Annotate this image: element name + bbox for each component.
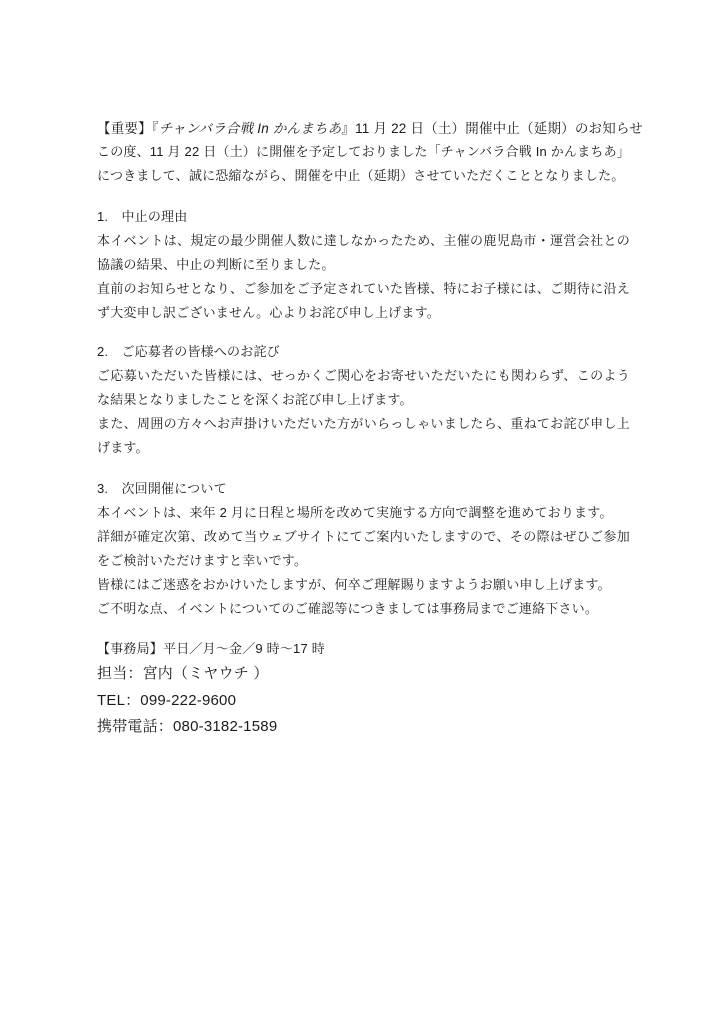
title-event-name: チャンバラ合戦 In かんまちあ — [159, 121, 342, 136]
intro-paragraph: この度、11 月 22 日（土）に開催を予定しておりました「チャンバラ合戦 In… — [97, 140, 630, 188]
document-title: 【重要】『チャンバラ合戦 In かんまちあ』11 月 22 日（土）開催中止（延… — [97, 118, 630, 140]
section-heading: 1. 中止の理由 — [97, 205, 630, 229]
section-paragraph: また、周囲の方々へお声掛けいただいた方がいらっしゃいましたら、重ねてお詫び申し上… — [97, 412, 630, 460]
section-apology-to-applicants: 2. ご応募者の皆様へのお詫び ご応募いただいた皆様には、せっかくご関心をお寄せ… — [97, 340, 630, 460]
section-paragraph: ご応募いただいた皆様には、せっかくご関心をお寄せいただいたにも関わらず、このよう… — [97, 364, 630, 412]
section-heading: 3. 次回開催について — [97, 477, 630, 501]
section-heading: 2. ご応募者の皆様へのお詫び — [97, 340, 630, 364]
section-paragraph: 直前のお知らせとなり、ご参加をご予定されていた皆様、特にお子様には、ご期待に沿え… — [97, 277, 630, 325]
section-paragraph: 本イベントは、来年 2 月に日程と場所を改めて実施する方向で調整を進めております… — [97, 501, 630, 525]
document-content: 【重要】『チャンバラ合戦 In かんまちあ』11 月 22 日（土）開催中止（延… — [97, 118, 630, 741]
closing-contact-paragraph: ご不明な点、イベントについてのご確認等につきましては事務局までご連絡下さい。 — [97, 597, 630, 621]
office-contact-block: 【事務局】平日／月～金／9 時～17 時 担当：宮内（ミヤウチ ） TEL：09… — [97, 637, 630, 741]
section-paragraph: 本イベントは、規定の最少開催人数に達しなかったため、主催の鹿児島市・運営会社との… — [97, 229, 630, 277]
closing-apology-paragraph: 皆様にはご迷惑をおかけいたしますが、何卒ご理解賜りますようお願い申し上げます。 — [97, 573, 630, 597]
title-prefix: 【重要】『 — [97, 121, 159, 136]
document-page: 【重要】『チャンバラ合戦 In かんまちあ』11 月 22 日（土）開催中止（延… — [0, 0, 724, 1024]
title-suffix: 』11 月 22 日（土）開催中止（延期）のお知らせ — [341, 121, 643, 136]
office-hours: 【事務局】平日／月～金／9 時～17 時 — [97, 637, 630, 661]
section-paragraph: 詳細が確定次第、改めて当ウェブサイトにてご案内いたしますので、その際はぜひご参加… — [97, 525, 630, 573]
office-tel: TEL：099-222-9600 — [97, 688, 630, 715]
office-contact-person: 担当：宮内（ミヤウチ ） — [97, 661, 630, 688]
section-cancel-reason: 1. 中止の理由 本イベントは、規定の最少開催人数に達しなかったため、主催の鹿児… — [97, 205, 630, 325]
section-next-event: 3. 次回開催について 本イベントは、来年 2 月に日程と場所を改めて実施する方… — [97, 477, 630, 573]
office-mobile: 携帯電話：080-3182-1589 — [97, 714, 630, 741]
